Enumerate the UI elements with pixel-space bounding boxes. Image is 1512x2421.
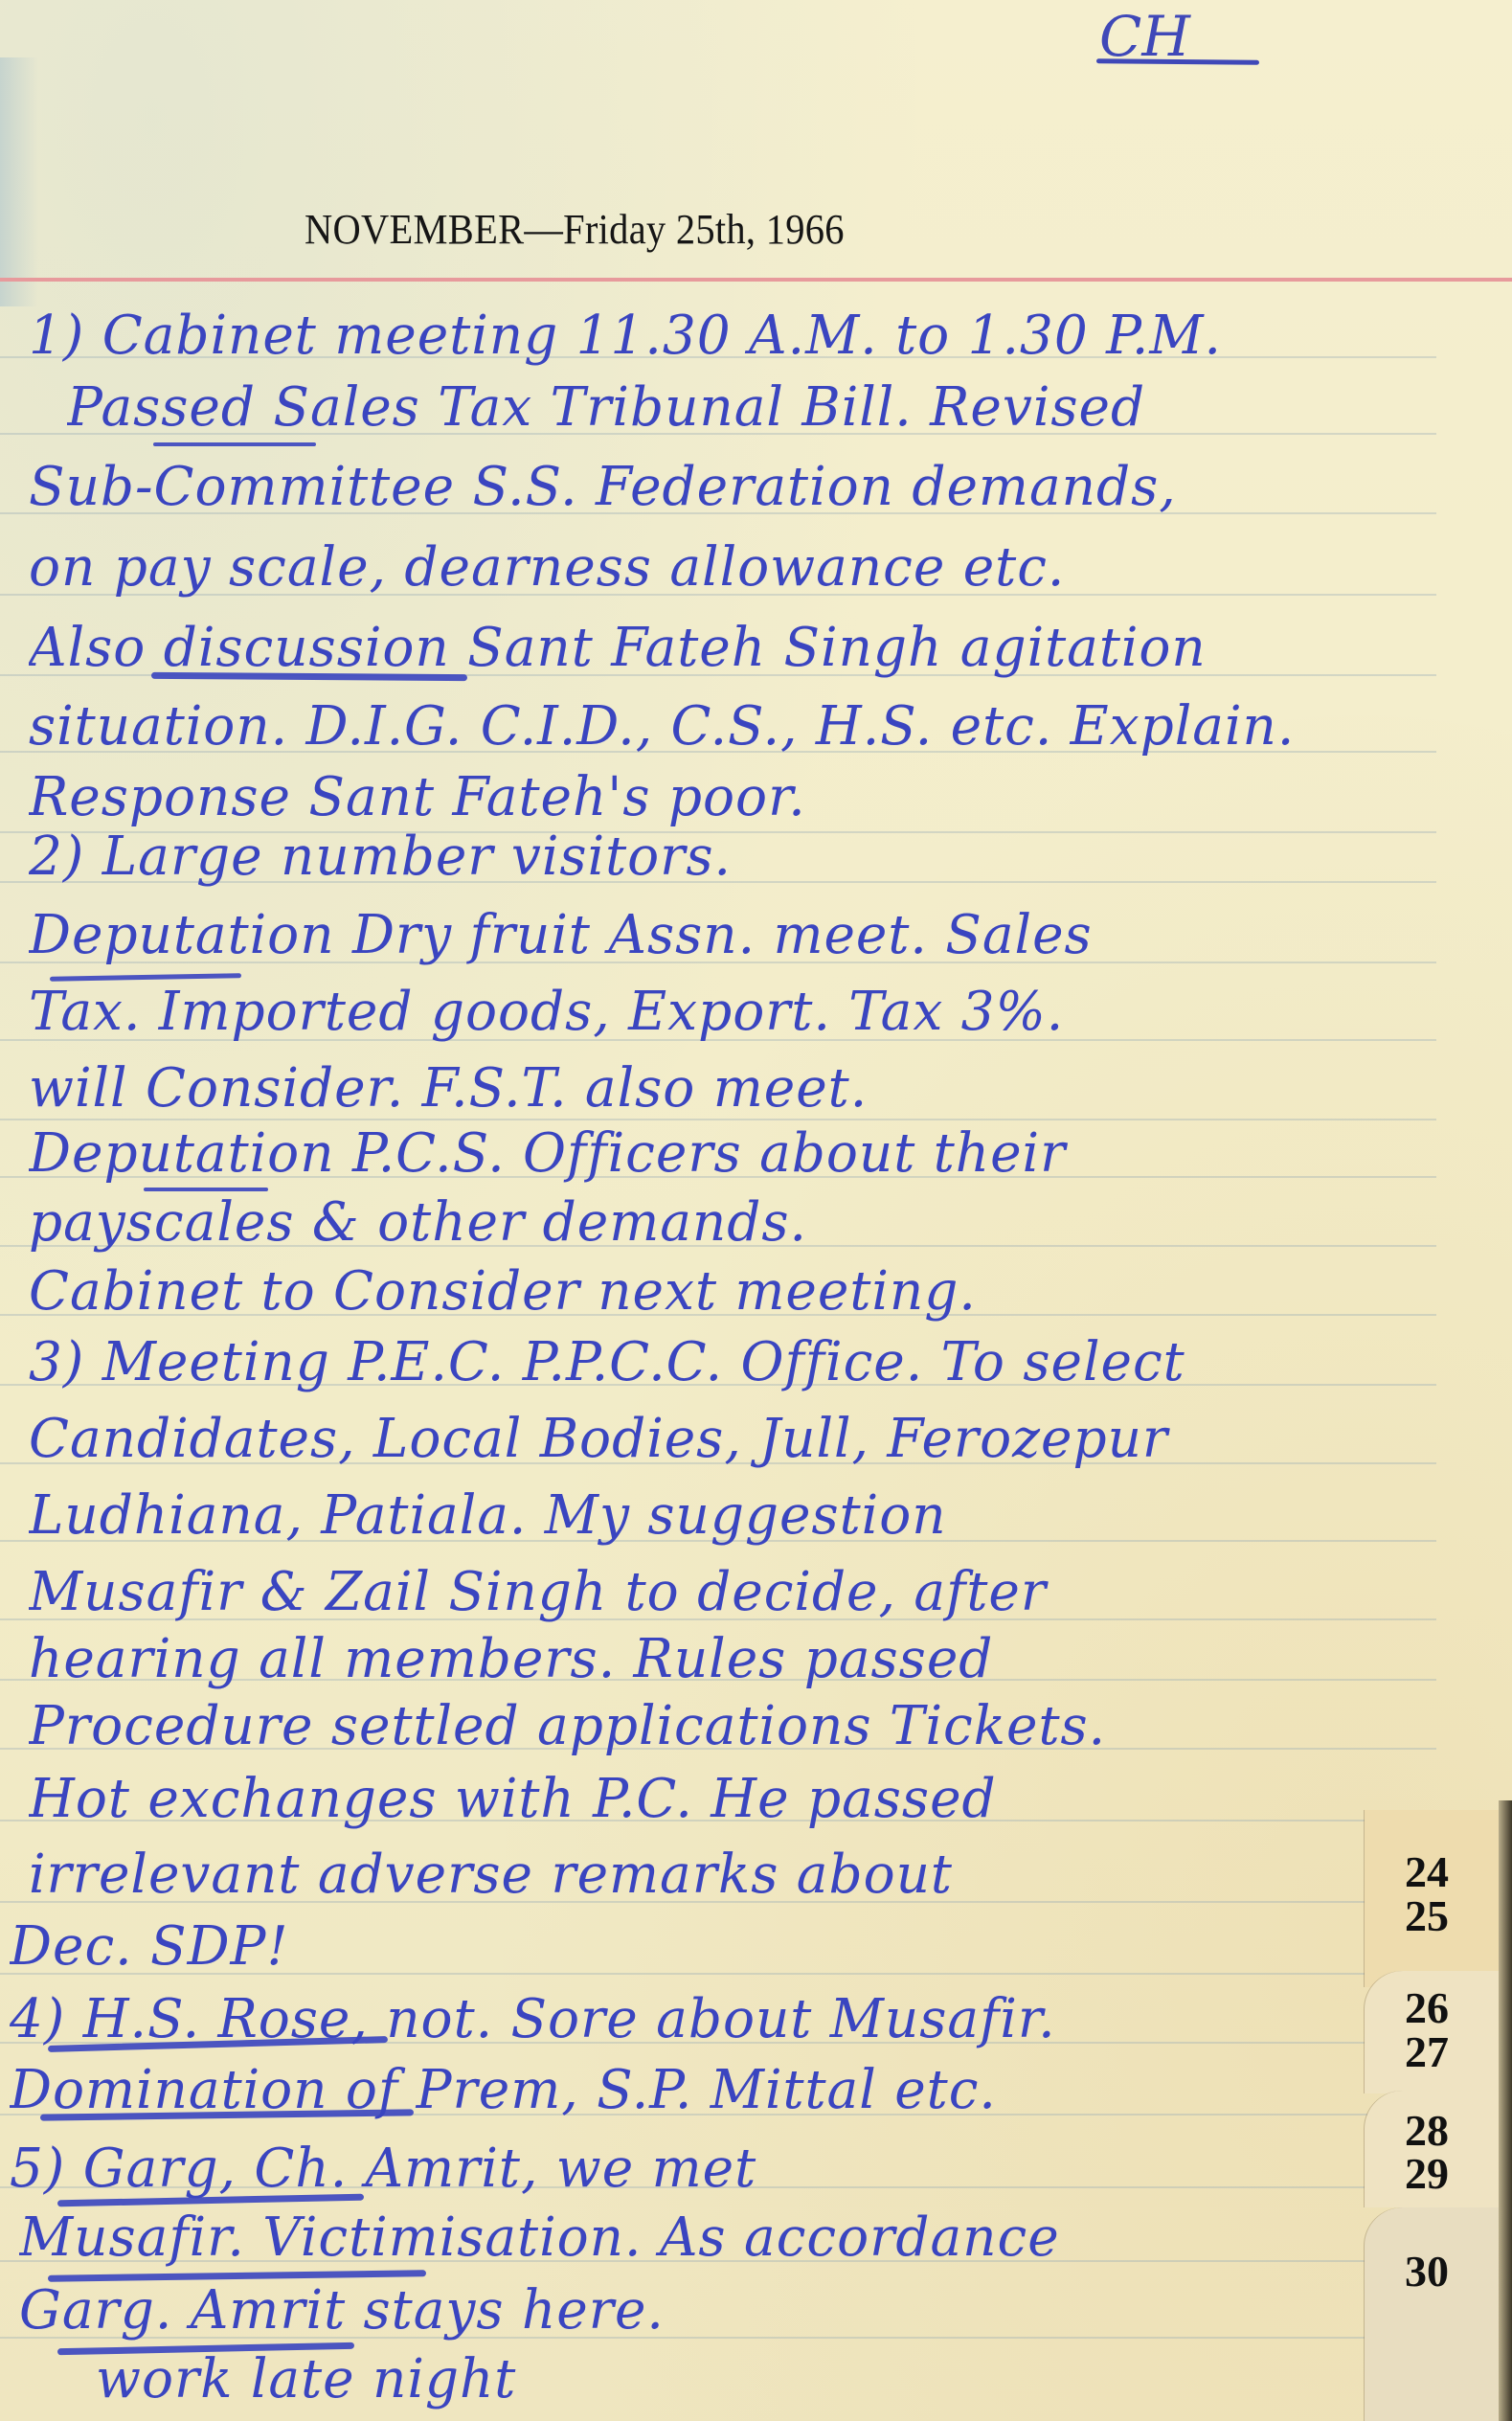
entry-line: Procedure settled applications Tickets.	[29, 1695, 1362, 1757]
entry-line: Hot exchanges with P.C. He passed	[29, 1768, 1362, 1830]
entry-line: Response Sant Fateh's poor.	[29, 766, 1362, 828]
entry-line: will Consider. F.S.T. also meet.	[29, 1057, 1362, 1120]
entry-line: payscales & other demands.	[29, 1191, 1362, 1254]
date-index-tabs: 24 25 26 27 28 29 30	[1365, 1810, 1512, 2421]
entry-line: Ludhiana, Patiala. My suggestion	[29, 1484, 1362, 1547]
diary-page: CH NOVEMBER—Friday 25th, 1966 1) Cabinet…	[0, 0, 1512, 2421]
tab-24-25[interactable]: 24 25	[1365, 1810, 1499, 1987]
entry-line: Also discussion Sant Fateh Singh agitati…	[29, 617, 1362, 679]
entry-line: Cabinet to Consider next meeting.	[29, 1260, 1362, 1323]
tab-28-29[interactable]: 28 29	[1365, 2091, 1499, 2207]
entry-line: on pay scale, dearness allowance etc.	[29, 536, 1362, 599]
entry-line: Deputation P.C.S. Officers about their	[29, 1122, 1362, 1185]
entry-line: Musafir. Victimisation. As accordance	[19, 2206, 1314, 2269]
entry-line: 2) Large number visitors.	[29, 826, 1362, 888]
ink-underline	[144, 1188, 268, 1191]
entry-line: Candidates, Local Bodies, Jull, Ferozepu…	[29, 1408, 1362, 1470]
entry-line: situation. D.I.G. C.I.D., C.S., H.S. etc…	[29, 695, 1362, 758]
entry-line: Passed Sales Tax Tribunal Bill. Revised	[67, 376, 1400, 439]
tab-26-27[interactable]: 26 27	[1365, 1971, 1499, 2093]
tab-30[interactable]: 30	[1365, 2207, 1499, 2421]
book-edge-shadow	[1499, 1800, 1512, 2421]
entry-line: Deputation Dry fruit Assn. meet. Sales	[29, 904, 1362, 966]
entry-line: 1) Cabinet meeting 11.30 A.M. to 1.30 P.…	[29, 305, 1362, 367]
tab-label: 30	[1365, 2246, 1489, 2297]
entry-line: Tax. Imported goods, Export. Tax 3%.	[29, 981, 1362, 1043]
entry-line: 3) Meeting P.E.C. P.P.C.C. Office. To se…	[29, 1331, 1362, 1393]
entry-line: irrelevant adverse remarks about	[29, 1844, 1323, 1906]
paper-stain	[0, 57, 38, 306]
tab-label: 27	[1365, 2026, 1489, 2077]
ink-underline	[151, 672, 467, 681]
entry-line: Musafir & Zail Singh to decide, after	[29, 1561, 1362, 1623]
ink-underline	[153, 442, 316, 446]
tab-label: 25	[1365, 1890, 1489, 1941]
entry-line: Garg. Amrit stays here.	[19, 2279, 1314, 2342]
header-rule	[0, 278, 1512, 282]
tab-label: 29	[1365, 2148, 1489, 2199]
entry-line: hearing all members. Rules passed	[29, 1628, 1362, 1690]
entry-line: 5) Garg, Ch. Amrit, we met	[10, 2138, 1304, 2200]
page-title: NOVEMBER—Friday 25th, 1966	[305, 205, 845, 254]
entry-line: work late night	[96, 2348, 1316, 2410]
entry-line: Sub-Committee S.S. Federation demands,	[29, 456, 1362, 518]
entry-line: Dec. SDP!	[10, 1915, 1343, 1978]
